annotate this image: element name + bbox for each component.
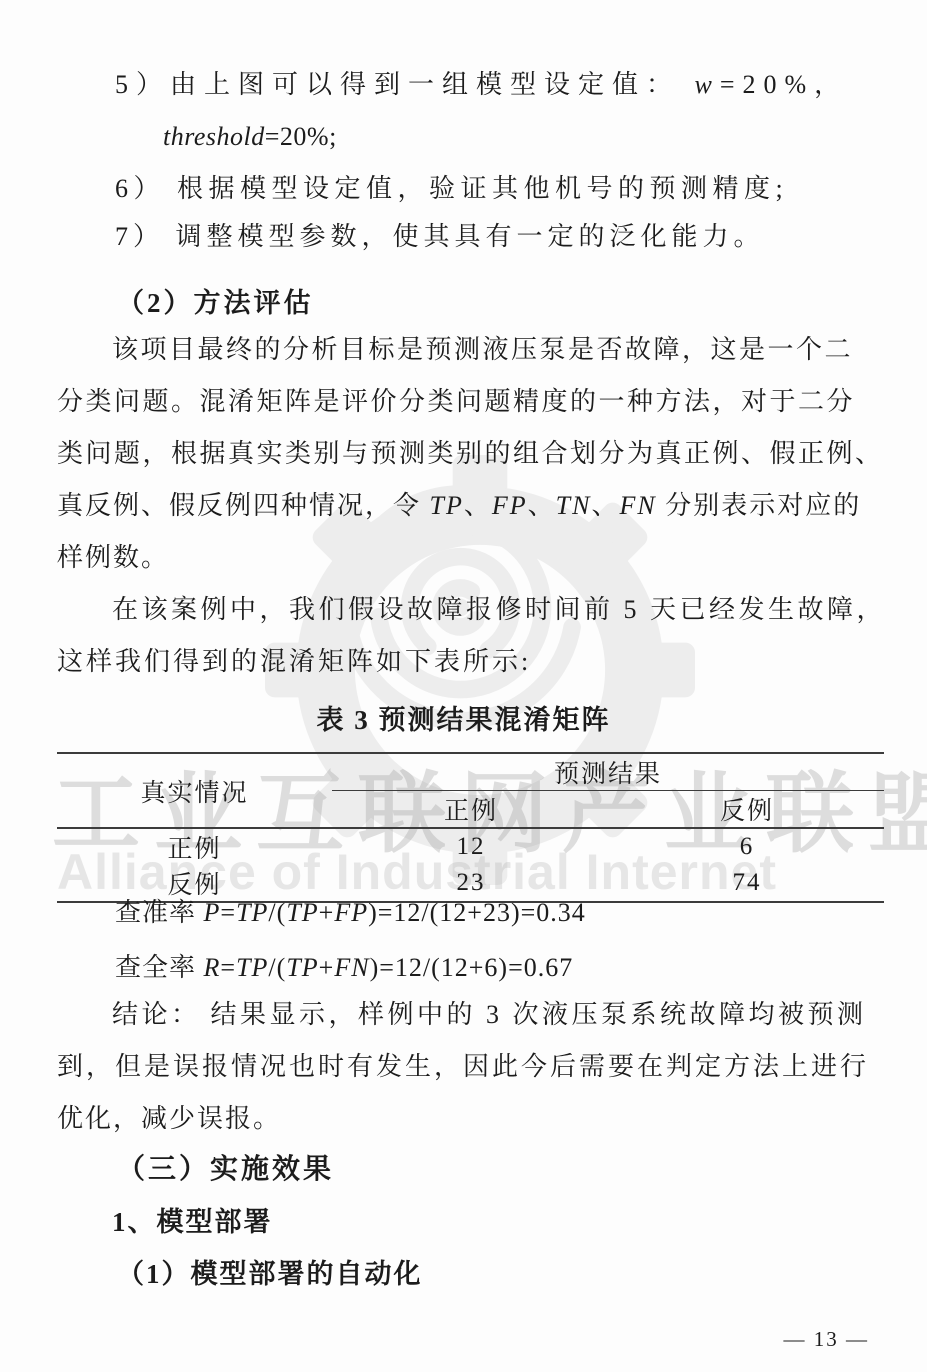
paragraph1-line5: 样例数。 [57,541,169,575]
table-row: 正例 12 6 [57,828,884,865]
heading-deployment-automation: （1）模型部署的自动化 [117,1257,423,1291]
cell-tn: 74 [610,865,884,902]
paragraph1-line2: 分类问题。混淆矩阵是评价分类问题精度的一种方法，对于二分 [57,385,855,419]
conclusion-line2: 到，但是误报情况也时有发生，因此今后需要在判定方法上进行 [57,1050,869,1084]
page-number: — 13 — [784,1322,870,1356]
conclusion-line3: 优化，减少误报。 [57,1102,281,1136]
recall-formula: 查全率 R=TP/(TP+FN)=12/(12+6)=0.67 [115,951,573,985]
paragraph1-line3: 类问题，根据真实类别与预测类别的组合划分为真正例、假正例、 [57,437,884,471]
table-caption: 表 3 预测结果混淆矩阵 [0,703,927,737]
paragraph2-line2: 这样我们得到的混淆矩阵如下表所示: [57,645,531,679]
paragraph1-line1: 该项目最终的分析目标是预测液压泵是否故障，这是一个二 [112,333,853,367]
cell-tp: 12 [332,828,610,865]
table-group-header: 预测结果 [332,753,884,791]
paragraph2-line1: 在该案例中，我们假设故障报修时间前 5 天已经发生故障， [112,593,886,627]
cell-fn: 6 [610,828,884,865]
table-corner-header: 真实情况 [57,753,332,828]
list-item-6: 6） 根据模型设定值，验证其他机号的预测精度; [115,172,788,206]
heading-implementation-effect: （三）实施效果 [117,1153,334,1187]
precision-formula: 查准率 P=TP/(TP+FP)=12/(12+23)=0.34 [115,896,586,930]
table-col-header-negative: 反例 [610,791,884,829]
table-col-header-positive: 正例 [332,791,610,829]
row-label-positive: 正例 [57,828,332,865]
list-item-7: 7） 调整模型参数，使其具有一定的泛化能力。 [115,220,765,254]
heading-method-evaluation: （2）方法评估 [117,286,314,320]
document-page: 工业互联网产业联盟 Alliance of Industrial Interne… [0,0,927,1372]
heading-model-deployment: 1、模型部署 [112,1205,273,1239]
conclusion-line1: 结论： 结果显示，样例中的 3 次液压泵系统故障均被预测 [112,998,867,1032]
list-item-5: 5）由上图可以得到一组模型设定值： w=20%， [115,68,848,102]
confusion-matrix-table: 真实情况 预测结果 正例 反例 正例 12 6 反例 23 74 [57,752,884,903]
list-item-5-cont: threshold=20%; [163,120,337,154]
paragraph1-line4: 真反例、假反例四种情况，令 TP、FP、TN、FN 分别表示对应的 [57,489,861,523]
